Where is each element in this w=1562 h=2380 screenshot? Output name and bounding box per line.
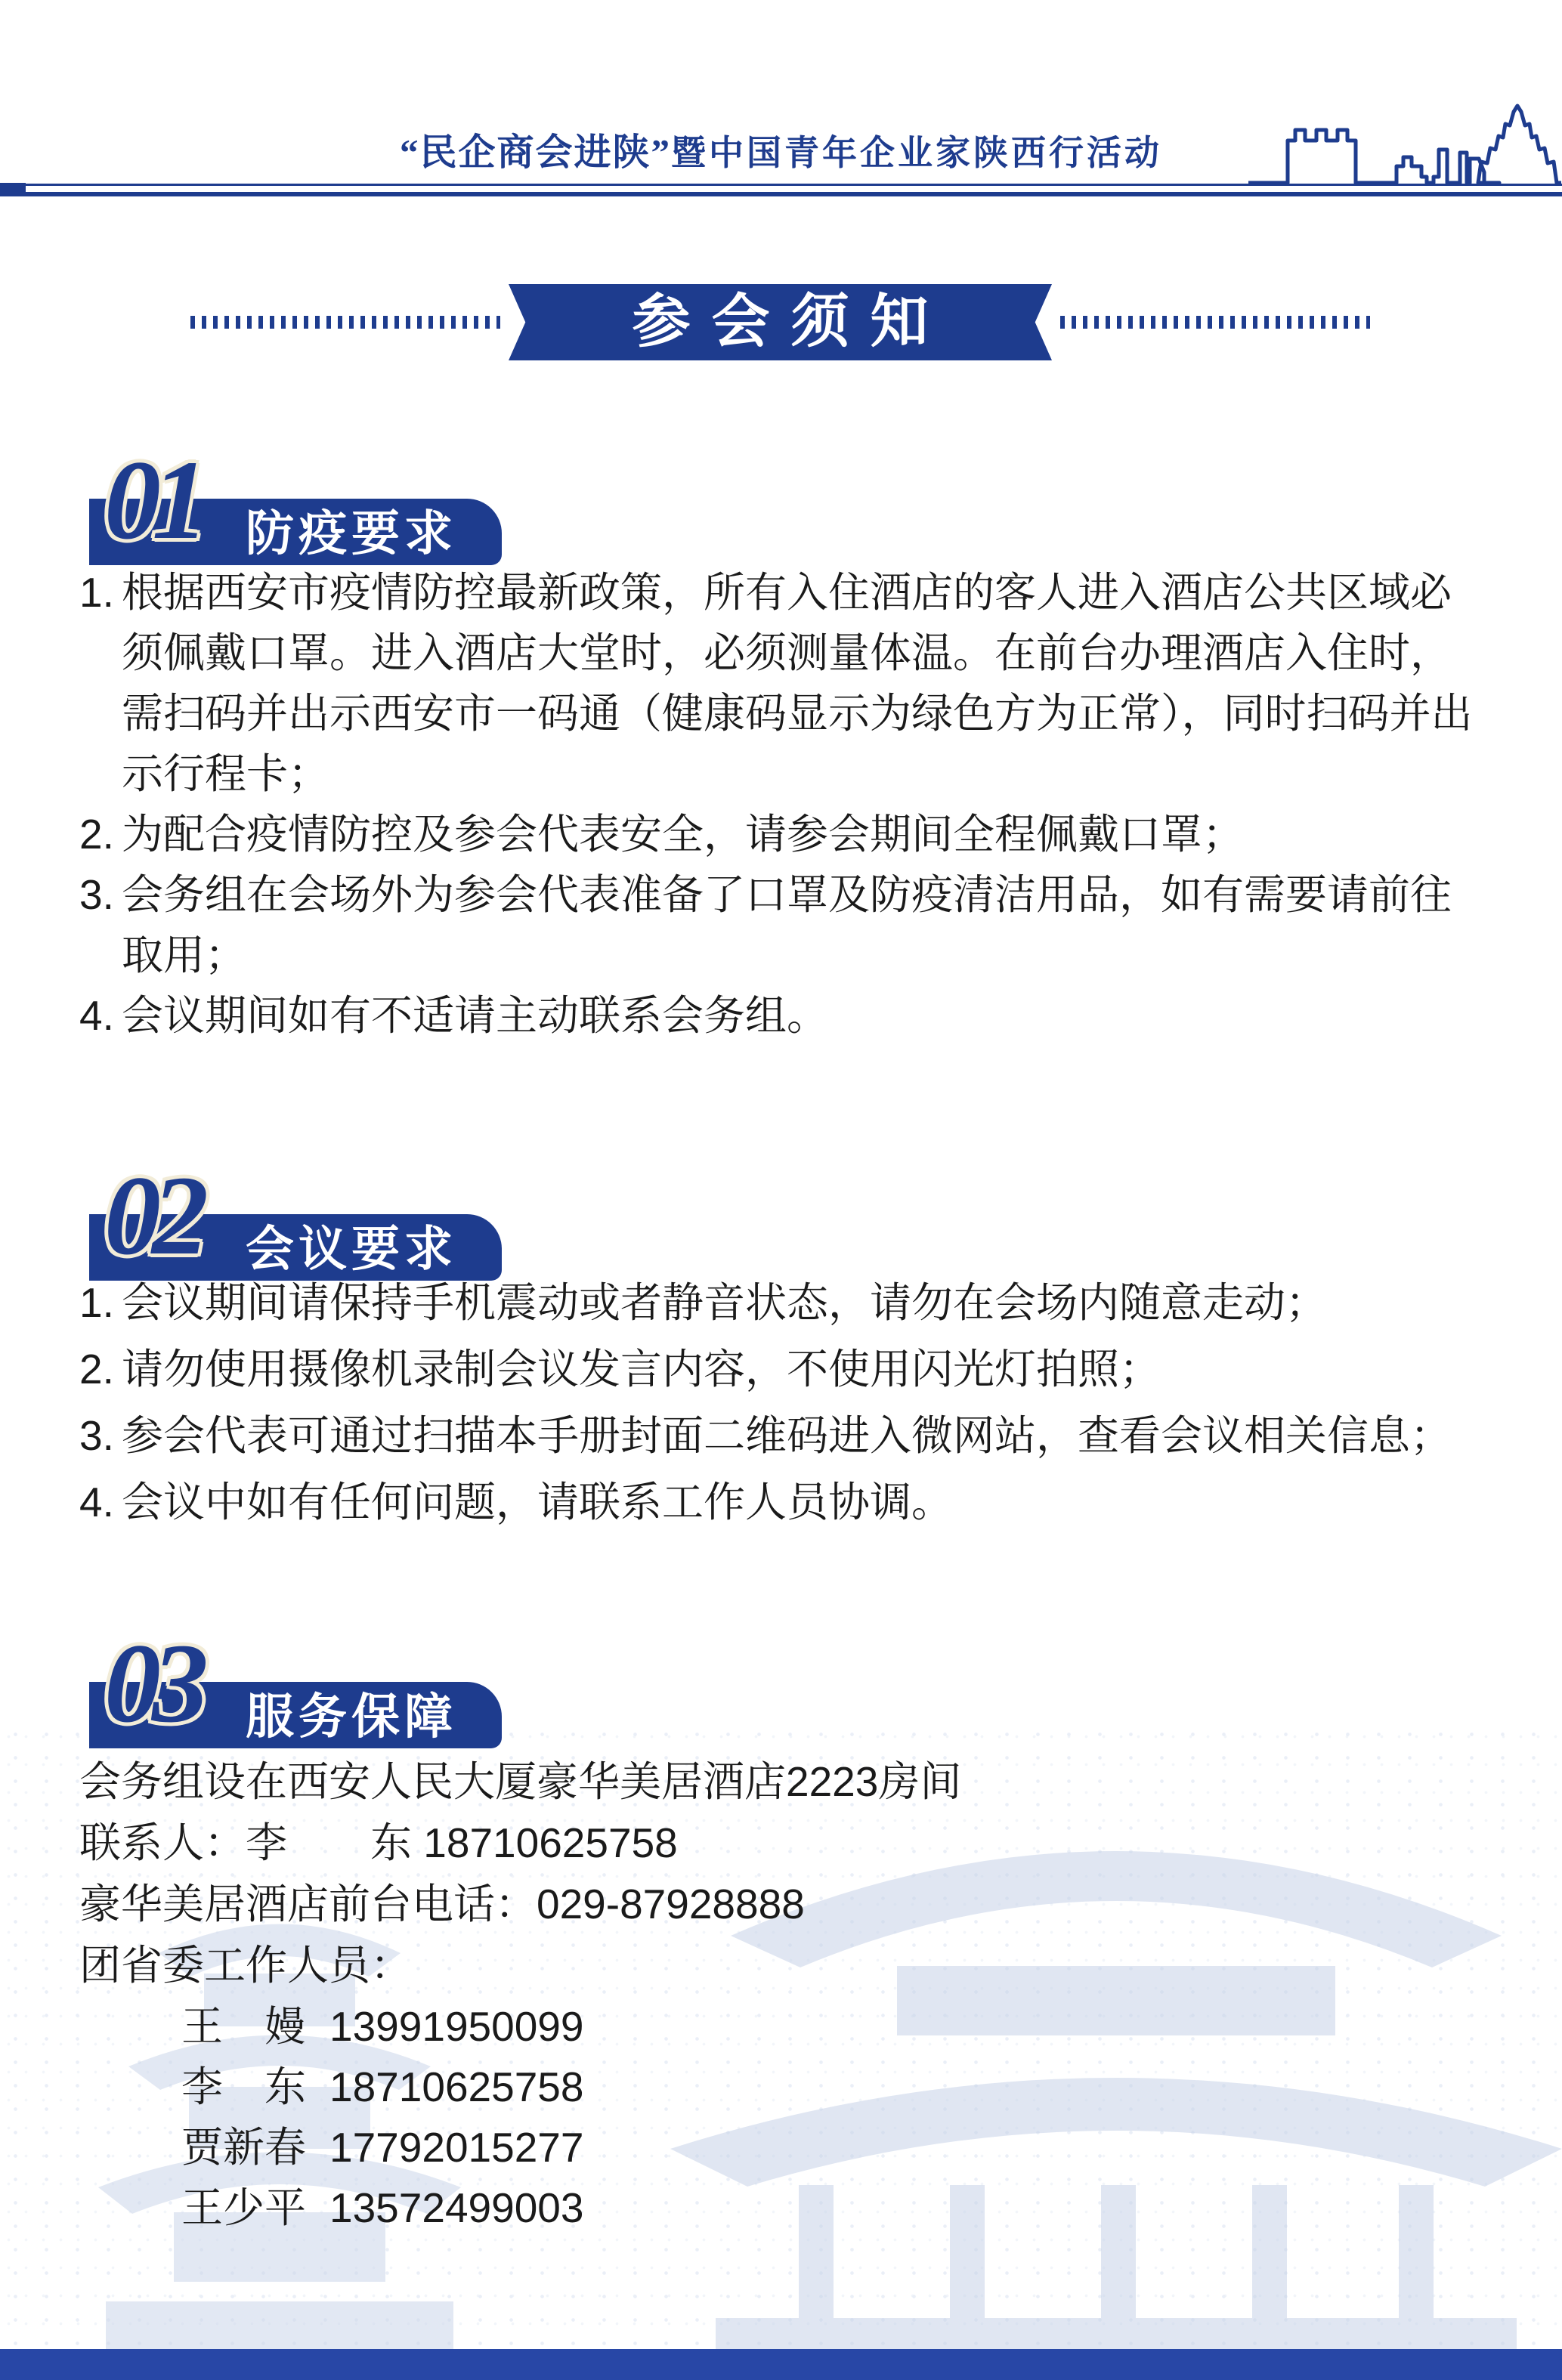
item-text: 会务组在会场外为参会代表准备了口罩及防疫清洁用品，如有需要请前往取用； [122,864,1482,985]
staff-phone: 13572499003 [329,2178,583,2238]
staff-name: 王少平 [181,2178,329,2238]
section-03-contact-lines: 会务组设在西安人民大厦豪华美居酒店2223房间 联系人：李 东 18710625… [79,1751,1515,1996]
contact-line-person: 联系人：李 东 18710625758 [79,1813,1515,1874]
staff-row: 王少平 13572499003 [181,2178,1088,2238]
staff-phone: 17792015277 [329,2117,583,2178]
section-02-number: 02 [104,1163,200,1269]
staff-phone: 18710625758 [329,2057,583,2117]
staff-name: 李 东 [181,2057,329,2117]
staff-row: 李 东 18710625758 [181,2057,1088,2117]
item-text: 会议期间请保持手机震动或者静音状态，请勿在会场内随意走动； [122,1272,1482,1333]
header-title-rest: 暨中国青年企业家陕西行活动 [671,133,1162,172]
list-item: 4. 会议期间如有不适请主动联系会务组。 [79,985,1482,1046]
item-text: 会议期间如有不适请主动联系会务组。 [122,985,1482,1046]
item-number: 1. [79,1272,122,1333]
contact-line-office: 会务组设在西安人民大厦豪华美居酒店2223房间 [79,1751,1515,1813]
list-item: 2. 请勿使用摄像机录制会议发言内容，不使用闪光灯拍照； [79,1339,1482,1399]
list-item: 3. 会务组在会场外为参会代表准备了口罩及防疫清洁用品，如有需要请前往取用； [79,864,1482,985]
banner-ribbon: 参会须知 [509,284,1052,360]
banner-title: 参会须知 [611,293,950,351]
staff-row: 王 嫚 13991950099 [181,1996,1088,2057]
contact-line-hotel-phone: 豪华美居酒店前台电话：029-87928888 [79,1874,1515,1935]
section-02-items: 1. 会议期间请保持手机震动或者静音状态，请勿在会场内随意走动； 2. 请勿使用… [79,1272,1482,1538]
page-header-title: “民企商会进陕”暨中国青年企业家陕西行活动 [0,123,1562,176]
header-title-quoted: “民企商会进陕” [400,131,671,173]
footer-bar [0,2349,1562,2380]
list-item: 4. 会议中如有任何问题，请联系工作人员协调。 [79,1472,1482,1532]
list-item: 2. 为配合疫情防控及参会代表安全，请参会期间全程佩戴口罩； [79,804,1482,864]
item-text: 请勿使用摄像机录制会议发言内容，不使用闪光灯拍照； [122,1339,1482,1399]
item-text: 会议中如有任何问题，请联系工作人员协调。 [122,1472,1482,1532]
item-number: 3. [79,1405,122,1466]
handbook-page: “民企商会进陕”暨中国青年企业家陕西行活动 参会须知 防疫要求 01 1. 根据… [0,0,1562,2380]
staff-row: 贾新春 17792015277 [181,2117,1088,2178]
item-number: 2. [79,1339,122,1399]
section-03-number: 03 [104,1630,200,1736]
dotted-line-left [190,316,500,329]
header-rule-thick [0,192,1562,196]
dotted-line-right [1060,316,1370,329]
contact-line-staff-label: 团省委工作人员： [79,1935,1515,1996]
staff-name: 王 嫚 [181,1996,329,2057]
list-item: 3. 参会代表可通过扫描本手册封面二维码进入微网站，查看会议相关信息； [79,1405,1482,1466]
staff-list: 王 嫚 13991950099 李 东 18710625758 贾新春 1779… [181,1996,1088,2238]
item-text: 根据西安市疫情防控最新政策，所有入住酒店的客人进入酒店公共区域必须佩戴口罩。进入… [122,562,1482,804]
item-number: 1. [79,562,122,804]
item-text: 参会代表可通过扫描本手册封面二维码进入微网站，查看会议相关信息； [122,1405,1482,1466]
item-number: 2. [79,804,122,864]
item-number: 4. [79,985,122,1046]
list-item: 1. 根据西安市疫情防控最新政策，所有入住酒店的客人进入酒店公共区域必须佩戴口罩… [79,562,1482,804]
item-text: 为配合疫情防控及参会代表安全，请参会期间全程佩戴口罩； [122,804,1482,864]
item-number: 3. [79,864,122,985]
section-01-items: 1. 根据西安市疫情防控最新政策，所有入住酒店的客人进入酒店公共区域必须佩戴口罩… [79,562,1482,1046]
section-01-number: 01 [104,447,200,553]
staff-phone: 13991950099 [329,1996,583,2057]
item-number: 4. [79,1472,122,1532]
list-item: 1. 会议期间请保持手机震动或者静音状态，请勿在会场内随意走动； [79,1272,1482,1333]
staff-name: 贾新春 [181,2117,329,2178]
